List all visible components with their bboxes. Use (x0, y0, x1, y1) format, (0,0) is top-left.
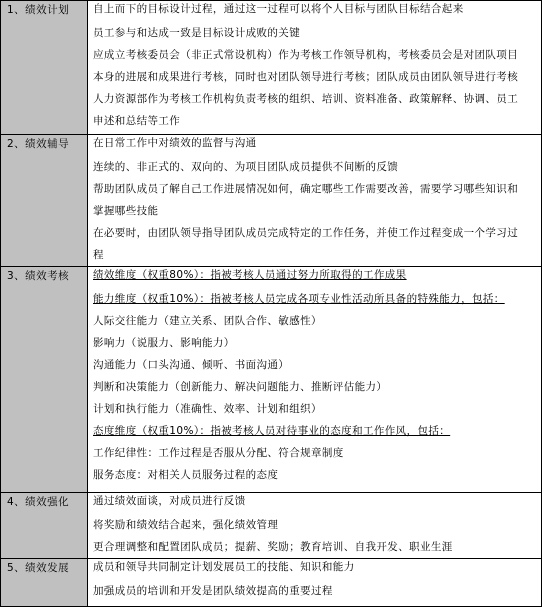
content-line: 在日常工作中对绩效的监督与沟通 (88, 135, 541, 152)
content-cell[interactable]: 绩效维度（权重80%）：指被考核人员通过努力所取得的工作成果 能力维度（权重10… (88, 267, 542, 493)
table-row-coaching: 2、绩效辅导 在日常工作中对绩效的监督与沟通 连续的、非正式的、双向的、为项目团… (1, 135, 542, 267)
performance-dimension-line: 绩效维度（权重80%）：指被考核人员通过努力所取得的工作成果 (88, 267, 541, 284)
content-line: 帮助团队成员了解自己工作进展情况如何，确定哪些工作需要改善，需要学习哪些知识和 (88, 178, 541, 200)
content-line: 连续的、非正式的、双向的、为项目团队成员提供不间断的反馈 (88, 156, 541, 178)
content-cell[interactable]: 通过绩效面谈，对成员进行反馈 将奖励和绩效结合起来，强化绩效管理 更合理调整和配… (88, 493, 542, 559)
performance-management-table: 1、绩效计划 自上而下的目标设计过程，通过这一过程可以将个人目标与团队目标结合起… (0, 0, 542, 607)
content-line: 本身的进展和成果进行考核，同时也对团队领导进行考核；团队成员由团队领导进行考核 (88, 66, 541, 88)
category-label: 2、绩效辅导 (1, 135, 87, 152)
table-row-reinforcement: 4、绩效强化 通过绩效面谈，对成员进行反馈 将奖励和绩效结合起来，强化绩效管理 … (1, 493, 542, 559)
content-line: 沟通能力（口头沟通、倾听、书面沟通） (88, 354, 541, 376)
ability-dimension-line: 能力维度（权重10%）：指被考核人员完成各项专业性活动所具备的特殊能力，包括： (88, 288, 541, 310)
category-cell[interactable]: 4、绩效强化 (1, 493, 88, 559)
content-line: 申述和总结等工作 (88, 110, 541, 132)
content-cell[interactable]: 在日常工作中对绩效的监督与沟通 连续的、非正式的、双向的、为项目团队成员提供不间… (88, 135, 542, 267)
content-line: 加强成员的培训和开发是团队绩效提高的重要过程 (88, 580, 541, 602)
content-line: 自上而下的目标设计过程，通过这一过程可以将个人目标与团队目标结合起来 (88, 1, 541, 18)
content-line: 在必要时，由团队领导指导团队成员完成特定的工作任务，并使工作过程变成一个学习过 (88, 222, 541, 244)
category-label: 3、绩效考核 (1, 267, 87, 284)
table-row-development: 5、绩效发展 成员和领导共同制定计划发展员工的技能、知识和能力 加强成员的培训和… (1, 559, 542, 607)
category-cell[interactable]: 1、绩效计划 (1, 1, 88, 135)
content-line: 通过绩效面谈，对成员进行反馈 (88, 493, 541, 510)
content-cell[interactable]: 成员和领导共同制定计划发展员工的技能、知识和能力 加强成员的培训和开发是团队绩效… (88, 559, 542, 607)
content-line: 更合理调整和配置团队成员；提薪、奖励；教育培训、自我开发、职业生涯 (88, 536, 541, 558)
content-line: 影响力（说服力、影响能力） (88, 332, 541, 354)
content-cell[interactable]: 自上而下的目标设计过程，通过这一过程可以将个人目标与团队目标结合起来 员工参与和… (88, 1, 542, 135)
content-line: 人际交往能力（建立关系、团队合作、敏感性） (88, 310, 541, 332)
content-line: 应成立考核委员会（非正式常设机构）作为考核工作领导机构，考核委员会是对团队项目 (88, 44, 541, 66)
content-line: 成员和领导共同制定计划发展员工的技能、知识和能力 (88, 559, 541, 576)
content-line: 员工参与和达成一致是目标设计成败的关键 (88, 22, 541, 44)
table-row-assessment: 3、绩效考核 绩效维度（权重80%）：指被考核人员通过努力所取得的工作成果 能力… (1, 267, 542, 493)
category-label: 5、绩效发展 (1, 559, 87, 576)
content-line: 将奖励和绩效结合起来，强化绩效管理 (88, 514, 541, 536)
category-cell[interactable]: 5、绩效发展 (1, 559, 88, 607)
content-line: 掌握哪些技能 (88, 200, 541, 222)
category-label: 1、绩效计划 (1, 1, 87, 18)
table-row-plan: 1、绩效计划 自上而下的目标设计过程，通过这一过程可以将个人目标与团队目标结合起… (1, 1, 542, 135)
content-line: 工作纪律性：工作过程是否服从分配、符合规章制度 (88, 442, 541, 464)
content-line: 程 (88, 244, 541, 266)
content-line: 判断和决策能力（创新能力、解决问题能力、推断评估能力） (88, 376, 541, 398)
category-cell[interactable]: 3、绩效考核 (1, 267, 88, 493)
content-line: 服务态度：对相关人员服务过程的态度 (88, 464, 541, 486)
content-line: 人力资源部作为考核工作机构负责考核的组织、培训、资料准备、政策解释、协调、员工 (88, 88, 541, 110)
category-cell[interactable]: 2、绩效辅导 (1, 135, 88, 267)
category-label: 4、绩效强化 (1, 493, 87, 510)
attitude-dimension-line: 态度维度（权重10%）：指被考核人员对待事业的态度和工作作风，包括： (88, 420, 541, 442)
content-line: 计划和执行能力（准确性、效率、计划和组织） (88, 398, 541, 420)
